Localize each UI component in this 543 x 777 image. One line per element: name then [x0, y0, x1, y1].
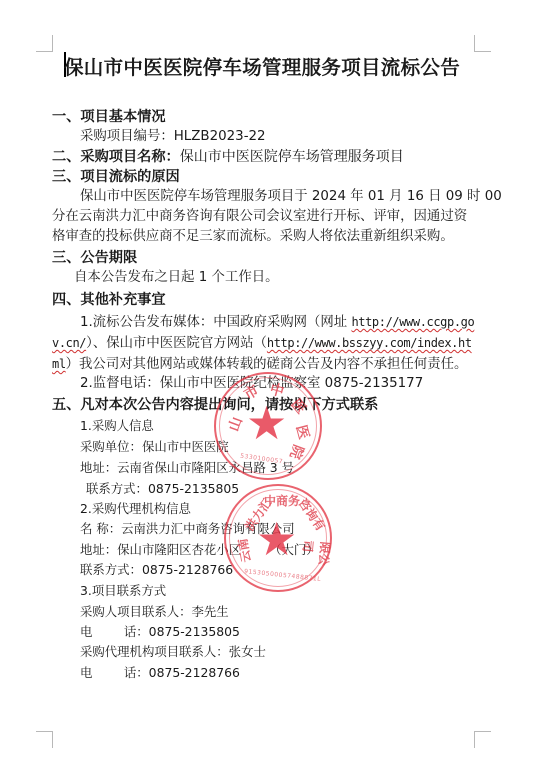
media-line-2-text: ）、保山市中医医院官方网站（: [86, 336, 267, 351]
agency-address-text: 地址：保山市隆阳区杏花小区: [80, 542, 241, 557]
failure-reason-line-2: 分在云南洪力汇中商务咨询有限公司会议室进行开标、评审，因通过资: [52, 207, 467, 227]
media-line-3-text: ）我公司对其他网站或媒体转载的磋商公告及内容不承担任何责任。: [66, 357, 468, 372]
agency-seal: ★ 云南 洪力汇 中商务 咨询有 限公司 91530500057488871L: [224, 484, 332, 592]
hospital-site-link[interactable]: http://www.bsszyy.com/index.ht: [267, 336, 472, 350]
hospital-site-link-continued[interactable]: ml: [52, 357, 66, 371]
purchaser-unit: 采购单位：保山市中医医院: [80, 437, 229, 457]
star-icon: ★: [246, 400, 287, 446]
media-line-1: 1.流标公告发布媒体：中国政府采购网（网址 http://www.ccgp.go: [80, 312, 474, 333]
project-number-text: 采购项目编号：HLZB2023-22: [80, 129, 266, 144]
failure-reason-line-3: 格审查的投标供应商不足三家而流标。采购人将依法重新组织采购。: [52, 227, 454, 247]
agency-seal-char: 中商务: [264, 492, 300, 509]
purchaser-info-heading: 1.采购人信息: [80, 416, 154, 436]
document-title: 保山市中医医院停车场管理服务项目流标公告: [64, 52, 484, 80]
agency-project-contact: 采购代理机构项目联系人：张女士: [80, 642, 266, 662]
agency-phone: 电 话：0875-2128766: [80, 663, 240, 683]
failure-reason-line-1: 保山市中医医院停车场管理服务项目于 2024 年 01 月 16 日 09 时 …: [80, 187, 502, 207]
media-line-2: v.cn/）、保山市中医医院官方网站（http://www.bsszyy.com…: [52, 333, 472, 354]
media-line-1-text: 1.流标公告发布媒体：中国政府采购网（网址: [80, 315, 351, 330]
corner-mark-top-left: [36, 35, 53, 52]
section-heading-1: 一、项目基本情况: [52, 107, 166, 127]
ccgp-link-continued[interactable]: v.cn/: [52, 336, 86, 350]
corner-mark-bottom-left: [36, 731, 53, 748]
corner-mark-top-right: [474, 35, 491, 52]
project-name-value: 保山市中医医院停车场管理服务项目: [180, 149, 404, 165]
hospital-seal: ★ 山 市 中 医 医 院 5330100057...: [214, 372, 322, 480]
ccgp-link[interactable]: http://www.ccgp.go: [351, 315, 474, 329]
section-heading-3: 三、项目流标的原因: [52, 167, 180, 187]
corner-mark-bottom-right: [474, 731, 491, 748]
agency-info-heading: 2.采购代理机构信息: [80, 499, 191, 519]
purchaser-project-contact: 采购人项目联系人：李先生: [80, 602, 229, 622]
agency-seal-char: 限公司: [298, 540, 334, 571]
section-heading-2: 二、采购项目名称：保山市中医医院停车场管理服务项目: [52, 147, 404, 168]
section-heading-2-label: 二、采购项目名称：: [52, 149, 180, 165]
section-heading-4: 四、其他补充事宜: [52, 290, 166, 310]
agency-contact: 联系方式：0875-2128766: [80, 560, 233, 580]
project-contacts-heading: 3.项目联系方式: [80, 581, 166, 601]
announcement-period: 自本公告发布之日起 1 个工作日。: [74, 268, 279, 288]
purchaser-phone: 电 话：0875-2135805: [80, 622, 240, 642]
section-heading-period: 三、公告期限: [52, 248, 137, 268]
purchaser-contact: 联系方式：0875-2135805: [86, 479, 239, 499]
project-number: 采购项目编号：HLZB2023-22: [80, 127, 266, 147]
